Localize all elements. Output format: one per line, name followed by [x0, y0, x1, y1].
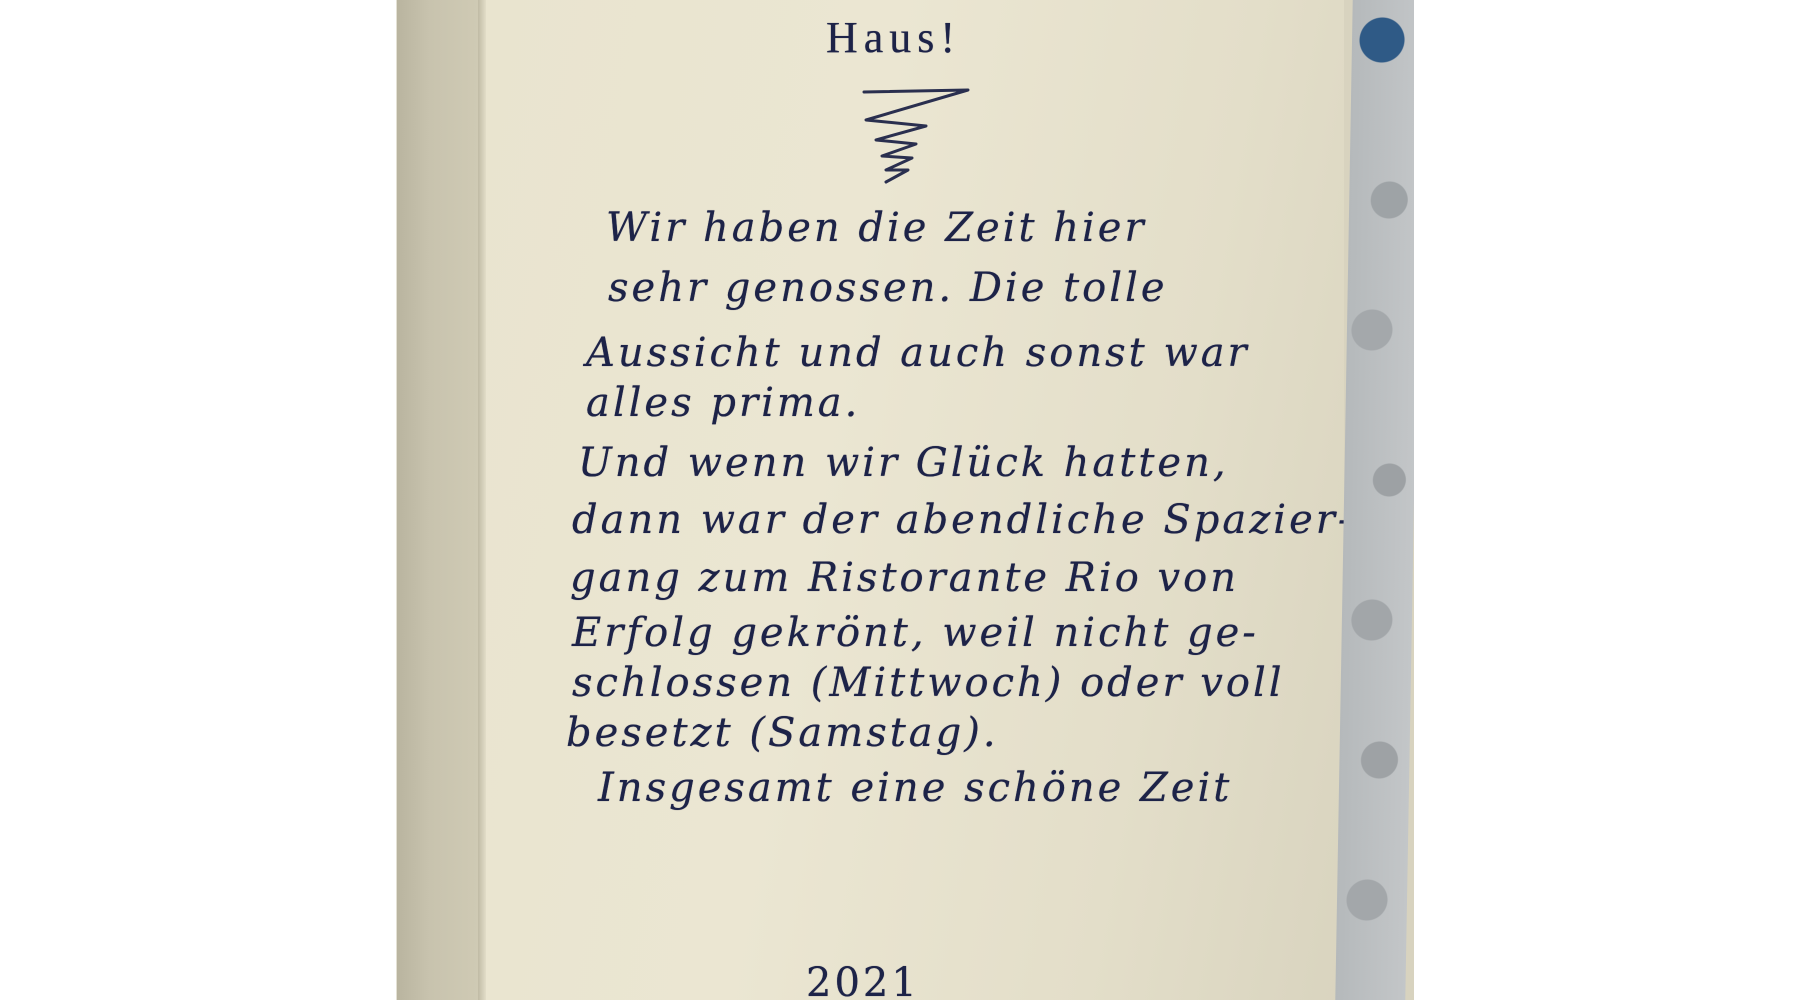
- book-spine: [478, 0, 486, 1000]
- entry-line: Und wenn wir Glück hatten,: [578, 440, 1229, 486]
- entry-line: Erfolg gekrönt, weil nicht ge-: [572, 610, 1259, 656]
- entry-date: 2021: [806, 960, 920, 1000]
- entry-line: Aussicht und auch sonst war: [586, 330, 1250, 376]
- guestbook-page: Haus! Wir haben die Zeit hier sehr genos…: [486, 0, 1344, 1000]
- entry-line: Insgesamt eine schöne Zeit: [598, 765, 1232, 811]
- decorative-squiggle-icon: [846, 86, 986, 186]
- guestbook-photo: Haus! Wir haben die Zeit hier sehr genos…: [396, 0, 1414, 1000]
- entry-line: besetzt (Samstag).: [566, 710, 999, 756]
- entry-line: dann war der abendliche Spazier-: [572, 497, 1354, 543]
- tablecloth-background: [1335, 0, 1414, 1000]
- entry-line: Wir haben die Zeit hier: [606, 205, 1147, 251]
- entry-heading: Haus!: [826, 12, 961, 63]
- entry-line: gang zum Ristorante Rio von: [570, 555, 1239, 601]
- entry-line: sehr genossen. Die tolle: [608, 265, 1168, 311]
- entry-line: alles prima.: [586, 380, 860, 426]
- entry-line: schlossen (Mittwoch) oder voll: [572, 660, 1285, 706]
- left-page-edge: [396, 0, 479, 1000]
